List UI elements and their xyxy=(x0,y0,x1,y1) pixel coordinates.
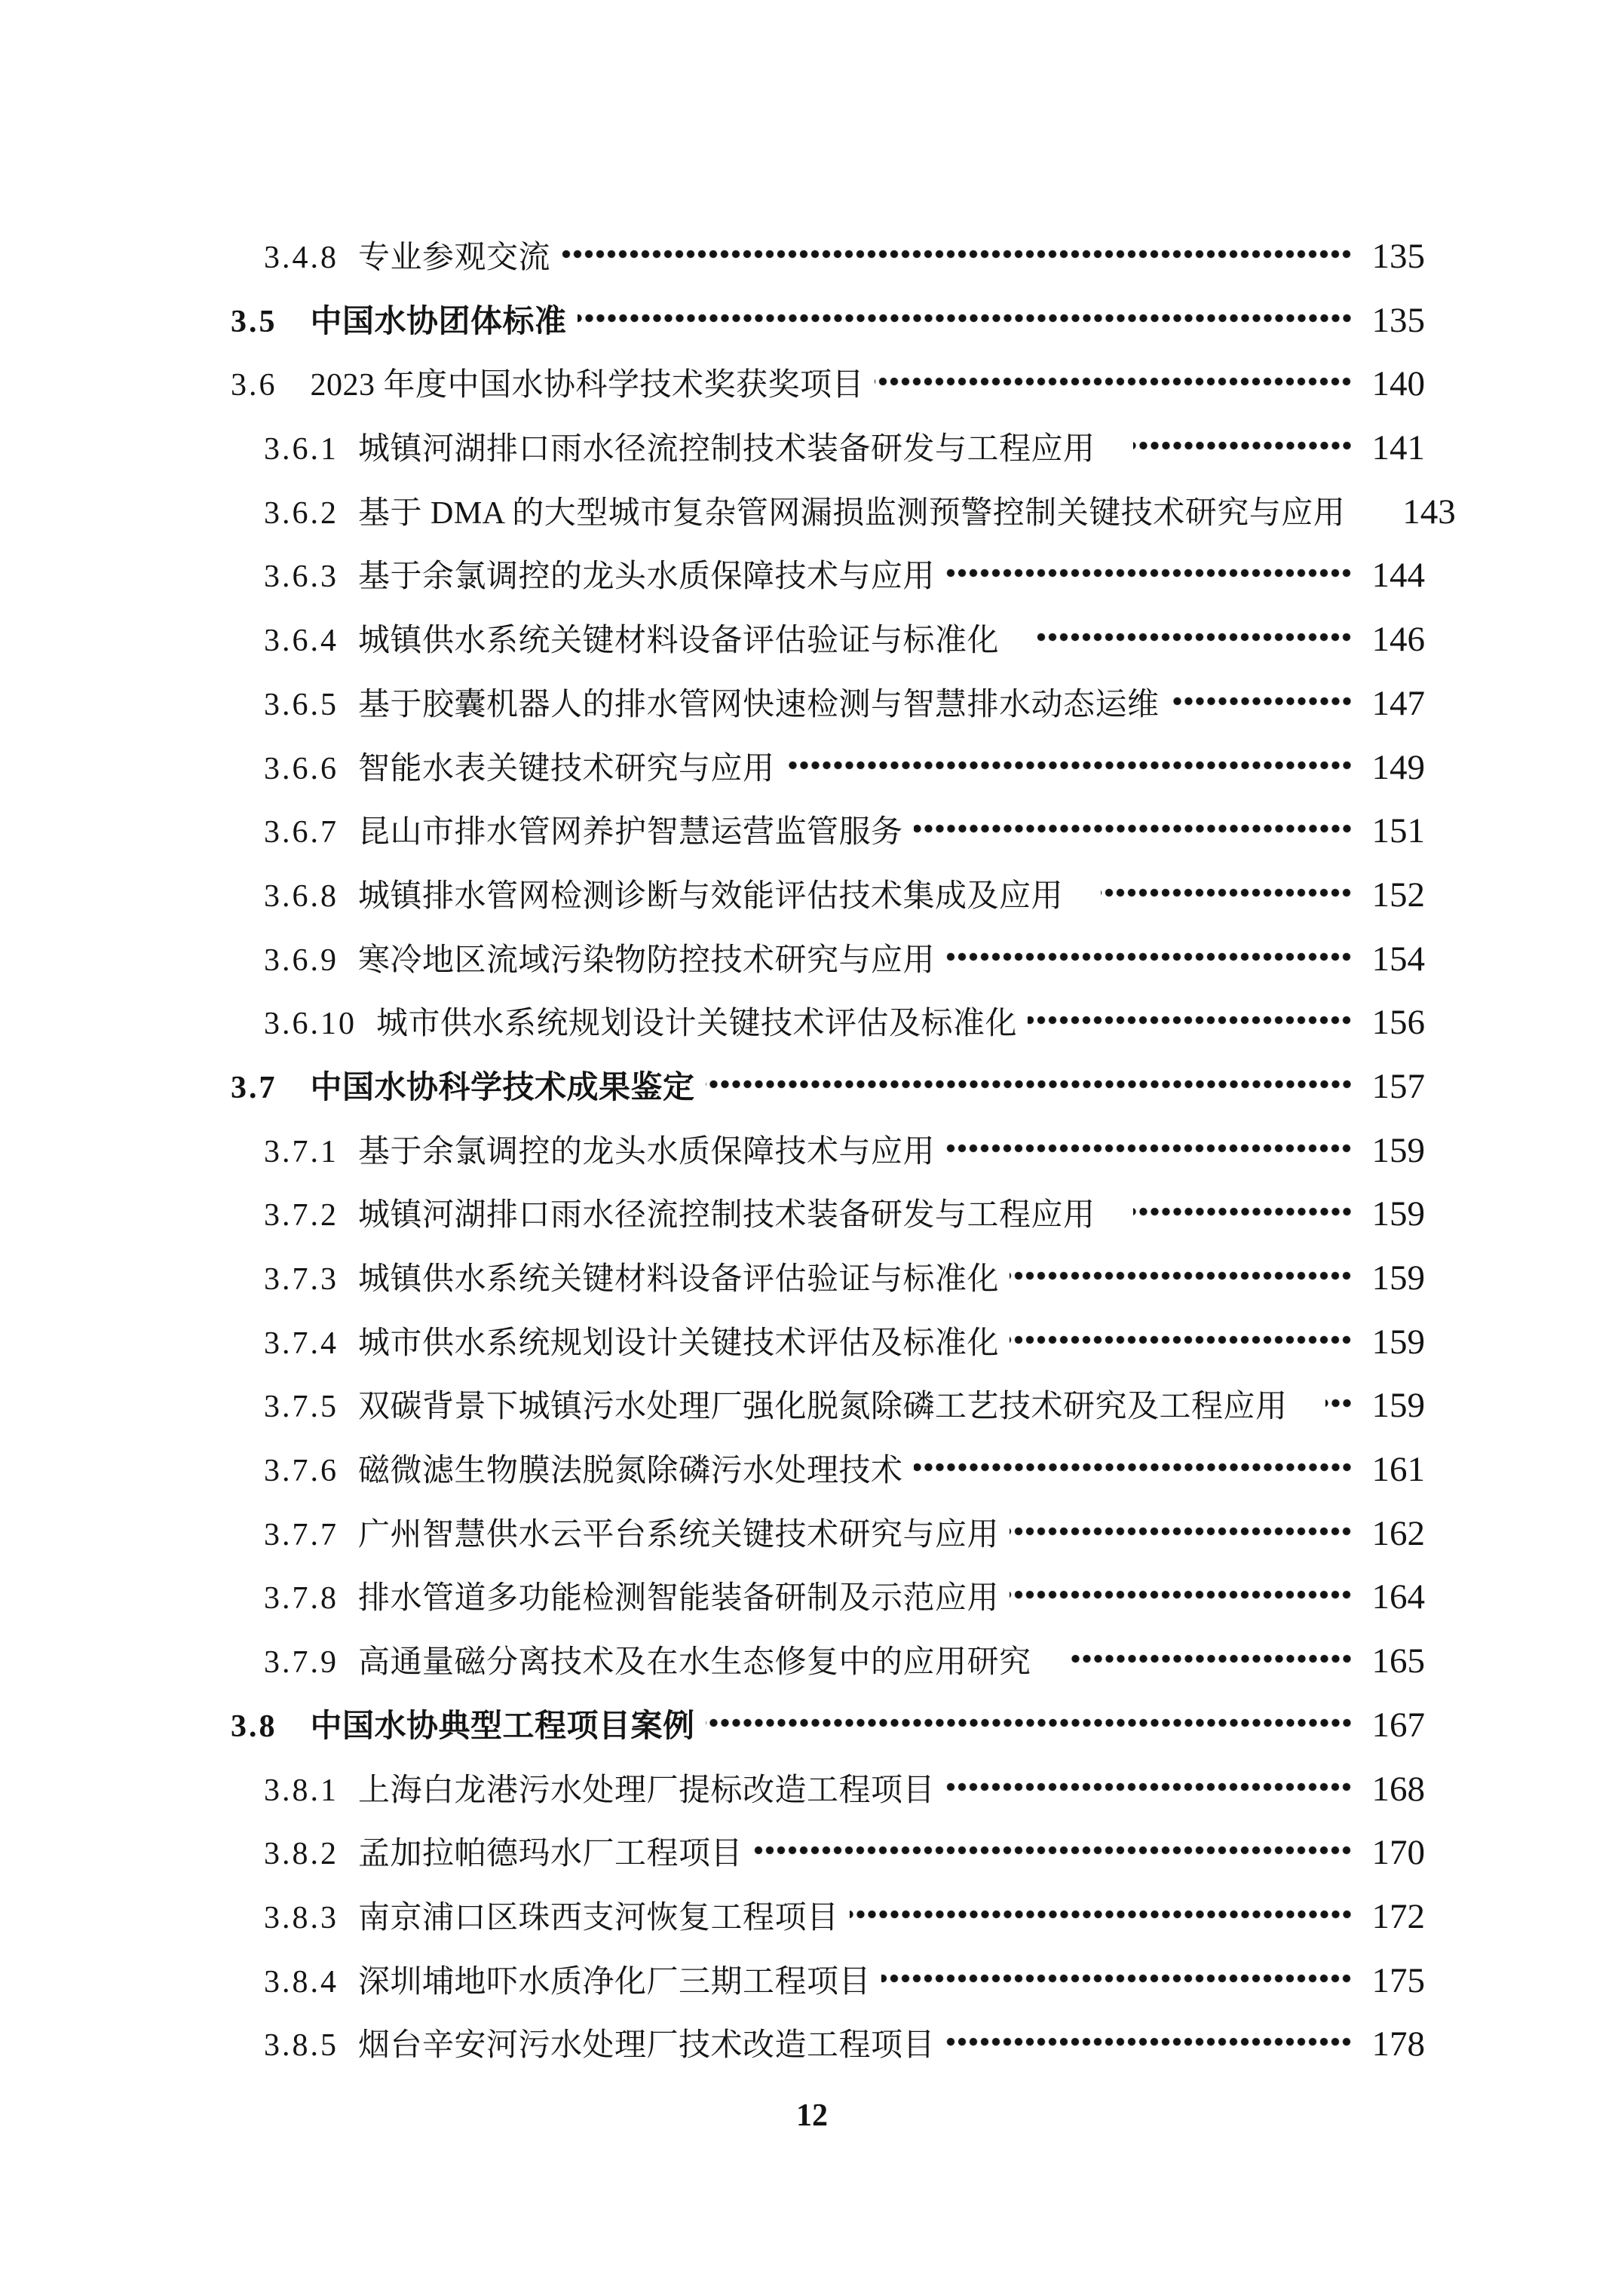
page-footer: 12 xyxy=(0,2100,1624,2131)
dot-leader xyxy=(1010,1581,1352,1608)
toc-entry-number: 3.5 xyxy=(231,304,277,340)
toc-entry-number: 3.6.7 xyxy=(264,814,339,850)
toc-entry-number: 3.7.4 xyxy=(264,1325,339,1362)
toc-entry-number: 3.7.3 xyxy=(264,1261,339,1298)
toc-entry-title: 双碳背景下城镇污水处理厂强化脱氮除磷工艺技术研究及工程应用 xyxy=(358,1381,1288,1427)
toc-entry-title: 高通量磁分离技术及在水生态修复中的应用研究 xyxy=(358,1637,1031,1682)
toc-entry: 3.7.4 城市供水系统规划设计关键技术评估及标准化 159 xyxy=(0,1318,1624,1382)
dot-leader xyxy=(706,1071,1353,1098)
toc-entry-title: 中国水协典型工程项目案例 xyxy=(311,1701,695,1746)
dot-leader xyxy=(753,1837,1352,1864)
toc-entry-page: 161 xyxy=(1372,1449,1426,1490)
dot-leader xyxy=(1010,1326,1352,1353)
toc-entry-page: 135 xyxy=(1372,236,1426,277)
toc-entry: 3.7.8 排水管道多功能检测智能装备研制及示范应用 164 xyxy=(0,1573,1624,1637)
toc-entry: 3.7.2 城镇河湖排口雨水径流控制技术装备研发与工程应用 159 xyxy=(0,1190,1624,1254)
toc-entry-title: 城镇供水系统关键材料设备评估验证与标准化 xyxy=(358,615,999,660)
toc-entry-title: 城市供水系统规划设计关键技术评估及标准化 xyxy=(376,998,1017,1044)
dot-leader xyxy=(786,752,1353,779)
toc-entry-title: 中国水协科学技术成果鉴定 xyxy=(311,1062,695,1108)
toc-entry-page: 159 xyxy=(1372,1385,1426,1426)
toc-entry-title: 烟台辛安河污水处理厂技术改造工程项目 xyxy=(358,2020,935,2065)
toc-entry-page: 144 xyxy=(1372,555,1426,596)
toc-entry-number: 3.7.6 xyxy=(264,1453,339,1489)
dot-leader xyxy=(1170,688,1353,715)
dot-leader xyxy=(1010,1518,1352,1545)
toc-entry: 3.5 中国水协团体标准 135 xyxy=(0,296,1624,360)
dot-leader xyxy=(914,1454,1353,1481)
toc-entry-number: 3.7.5 xyxy=(264,1389,339,1425)
dot-leader xyxy=(1133,1198,1353,1225)
toc-entry-page: 167 xyxy=(1372,1705,1426,1745)
toc-entry-page: 159 xyxy=(1372,1130,1426,1171)
toc-entry-page: 165 xyxy=(1372,1641,1426,1681)
dot-leader xyxy=(945,2028,1352,2055)
toc-entry: 3.8.1 上海白龙港污水处理厂提标改造工程项目 168 xyxy=(0,1765,1624,1829)
toc-entry: 3.6 2023 年度中国水协科学技术奖获奖项目 140 xyxy=(0,360,1624,424)
toc-entry-page: 147 xyxy=(1372,683,1426,724)
toc-entry: 3.7.1 基于余氯调控的龙头水质保障技术与应用 159 xyxy=(0,1126,1624,1191)
toc-entry-number: 3.7.1 xyxy=(264,1134,339,1170)
dot-leader xyxy=(945,943,1352,970)
toc-entry-number: 3.6.5 xyxy=(264,687,339,723)
toc-entry-page: 143 xyxy=(1402,492,1456,532)
toc-entry-page: 154 xyxy=(1372,939,1426,979)
dot-leader xyxy=(914,815,1353,842)
toc-entry: 3.7.3 城镇供水系统关键材料设备评估验证与标准化 159 xyxy=(0,1254,1624,1318)
toc-entry-title: 城镇河湖排口雨水径流控制技术装备研发与工程应用 xyxy=(358,424,1095,469)
toc-entry-page: 159 xyxy=(1372,1194,1426,1234)
toc-entry-page: 172 xyxy=(1372,1896,1426,1937)
toc-entry-page: 168 xyxy=(1372,1769,1426,1810)
dot-leader xyxy=(945,1135,1352,1162)
toc-entry-number: 3.6.4 xyxy=(264,623,339,659)
footer-page-number: 12 xyxy=(796,2098,828,2133)
toc-entry-page: 159 xyxy=(1372,1322,1426,1362)
toc-list: 3.4.8 专业参观交流 135 3.5 中国水协团体标准 135 3.6 20… xyxy=(0,232,1624,2084)
toc-entry: 3.7.6 磁微滤生物膜法脱氮除磷污水处理技术 161 xyxy=(0,1445,1624,1509)
toc-entry: 3.8.3 南京浦口区珠西支河恢复工程项目 172 xyxy=(0,1892,1624,1957)
toc-entry-page: 152 xyxy=(1372,875,1426,915)
dot-leader xyxy=(1325,1390,1353,1417)
toc-entry-title: 中国水协团体标准 xyxy=(311,296,567,342)
toc-entry: 3.6.8 城镇排水管网检测诊断与效能评估技术集成及应用 152 xyxy=(0,871,1624,935)
dot-leader xyxy=(578,305,1353,332)
toc-entry: 3.6.10 城市供水系统规划设计关键技术评估及标准化 156 xyxy=(0,998,1624,1062)
toc-entry: 3.6.2 基于 DMA 的大型城市复杂管网漏损监测预警控制关键技术研究与应用 … xyxy=(0,488,1624,552)
toc-entry-title: 基于余氯调控的龙头水质保障技术与应用 xyxy=(358,1126,935,1172)
document-page: 3.4.8 专业参观交流 135 3.5 中国水协团体标准 135 3.6 20… xyxy=(0,0,1624,2274)
toc-entry-title: 基于 DMA 的大型城市复杂管网漏损监测预警控制关键技术研究与应用 xyxy=(358,488,1345,533)
toc-entry: 3.6.4 城镇供水系统关键材料设备评估验证与标准化 146 xyxy=(0,615,1624,679)
toc-entry-title: 深圳埔地吓水质净化厂三期工程项目 xyxy=(358,1957,871,2002)
toc-entry-page: 151 xyxy=(1372,811,1426,851)
toc-entry-page: 149 xyxy=(1372,747,1426,788)
toc-entry-number: 3.8.5 xyxy=(264,2027,339,2064)
toc-entry-number: 3.6.3 xyxy=(264,559,339,595)
toc-entry: 3.6.1 城镇河湖排口雨水径流控制技术装备研发与工程应用 141 xyxy=(0,424,1624,488)
dot-leader xyxy=(945,559,1352,587)
toc-entry-title: 2023 年度中国水协科学技术奖获奖项目 xyxy=(311,360,865,405)
toc-entry-title: 磁微滤生物膜法脱氮除磷污水处理技术 xyxy=(358,1445,903,1491)
dot-leader xyxy=(706,1709,1353,1736)
toc-entry-title: 寒冷地区流域污染物防控技术研究与应用 xyxy=(358,935,935,980)
toc-entry-title: 基于胶囊机器人的排水管网快速检测与智慧排水动态运维 xyxy=(358,679,1160,725)
toc-entry-page: 157 xyxy=(1372,1066,1426,1107)
toc-entry-page: 170 xyxy=(1372,1832,1426,1873)
toc-entry: 3.7.7 广州智慧供水云平台系统关键技术研究与应用 162 xyxy=(0,1509,1624,1574)
dot-leader xyxy=(850,1901,1353,1928)
toc-entry-page: 156 xyxy=(1372,1002,1426,1043)
toc-entry-title: 上海白龙港污水处理厂提标改造工程项目 xyxy=(358,1765,935,1810)
toc-entry-number: 3.6.8 xyxy=(264,878,339,915)
toc-entry: 3.8.4 深圳埔地吓水质净化厂三期工程项目 175 xyxy=(0,1957,1624,2021)
toc-entry-title: 南京浦口区珠西支河恢复工程项目 xyxy=(358,1892,839,1938)
toc-entry-title: 智能水表关键技术研究与应用 xyxy=(358,743,775,789)
dot-leader xyxy=(561,241,1352,268)
toc-entry: 3.4.8 专业参观交流 135 xyxy=(0,232,1624,296)
toc-entry-number: 3.6.6 xyxy=(264,751,339,787)
dot-leader xyxy=(1133,432,1353,459)
toc-entry-number: 3.6.1 xyxy=(264,431,339,467)
toc-entry-number: 3.8.3 xyxy=(264,1900,339,1936)
toc-entry-page: 141 xyxy=(1372,428,1426,468)
toc-entry: 3.7 中国水协科学技术成果鉴定 157 xyxy=(0,1062,1624,1126)
toc-entry-number: 3.6.2 xyxy=(264,495,339,532)
toc-entry-page: 159 xyxy=(1372,1258,1426,1298)
toc-entry-page: 135 xyxy=(1372,300,1426,341)
toc-entry-number: 3.6.10 xyxy=(264,1006,357,1042)
toc-entry-title: 城镇河湖排口雨水径流控制技术装备研发与工程应用 xyxy=(358,1190,1095,1235)
toc-entry: 3.8.5 烟台辛安河污水处理厂技术改造工程项目 178 xyxy=(0,2020,1624,2084)
toc-entry: 3.6.9 寒冷地区流域污染物防控技术研究与应用 154 xyxy=(0,935,1624,999)
toc-entry-number: 3.7.9 xyxy=(264,1644,339,1681)
toc-entry: 3.6.7 昆山市排水管网养护智慧运营监管服务 151 xyxy=(0,807,1624,871)
toc-entry-number: 3.6 xyxy=(231,367,277,403)
toc-entry-title: 城市供水系统规划设计关键技术评估及标准化 xyxy=(358,1318,999,1363)
toc-entry-title: 排水管道多功能检测智能装备研制及示范应用 xyxy=(358,1573,999,1618)
toc-entry-number: 3.8.4 xyxy=(264,1964,339,2000)
toc-entry: 3.6.6 智能水表关键技术研究与应用 149 xyxy=(0,743,1624,808)
toc-entry-title: 昆山市排水管网养护智慧运营监管服务 xyxy=(358,807,903,852)
toc-entry-number: 3.8 xyxy=(231,1709,277,1745)
toc-entry: 3.6.5 基于胶囊机器人的排水管网快速检测与智慧排水动态运维 147 xyxy=(0,679,1624,743)
toc-entry-number: 3.7.8 xyxy=(264,1580,339,1617)
toc-entry-title: 孟加拉帕德玛水厂工程项目 xyxy=(358,1828,743,1874)
dot-leader xyxy=(1010,1262,1352,1289)
dot-leader xyxy=(1028,1007,1352,1034)
toc-entry-number: 3.8.1 xyxy=(264,1773,339,1809)
toc-entry-number: 3.7.2 xyxy=(264,1197,339,1234)
toc-entry-number: 3.4.8 xyxy=(264,240,339,276)
toc-entry: 3.7.9 高通量磁分离技术及在水生态修复中的应用研究 165 xyxy=(0,1637,1624,1701)
dot-leader xyxy=(1037,624,1352,651)
toc-entry-page: 175 xyxy=(1372,1960,1426,2001)
toc-entry-number: 3.6.9 xyxy=(264,942,339,979)
toc-entry-title: 城镇排水管网检测诊断与效能评估技术集成及应用 xyxy=(358,871,1063,916)
dot-leader xyxy=(1101,879,1352,906)
toc-entry-title: 城镇供水系统关键材料设备评估验证与标准化 xyxy=(358,1254,999,1299)
toc-entry: 3.7.5 双碳背景下城镇污水处理厂强化脱氮除磷工艺技术研究及工程应用 159 xyxy=(0,1381,1624,1445)
toc-entry-page: 164 xyxy=(1372,1577,1426,1617)
dot-leader xyxy=(881,1965,1352,1992)
toc-entry-number: 3.7 xyxy=(231,1070,277,1106)
toc-entry-page: 162 xyxy=(1372,1513,1426,1554)
toc-entry: 3.8.2 孟加拉帕德玛水厂工程项目 170 xyxy=(0,1828,1624,1892)
dot-leader xyxy=(875,368,1352,395)
toc-entry-title: 专业参观交流 xyxy=(358,232,550,277)
dot-leader xyxy=(1069,1645,1353,1672)
toc-entry-title: 广州智慧供水云平台系统关键技术研究与应用 xyxy=(358,1509,999,1555)
toc-entry-title: 基于余氯调控的龙头水质保障技术与应用 xyxy=(358,551,935,596)
toc-entry: 3.6.3 基于余氯调控的龙头水质保障技术与应用 144 xyxy=(0,551,1624,615)
dot-leader xyxy=(945,1773,1352,1801)
toc-entry-number: 3.8.2 xyxy=(264,1836,339,1872)
toc-entry-number: 3.7.7 xyxy=(264,1517,339,1553)
toc-entry: 3.8 中国水协典型工程项目案例 167 xyxy=(0,1701,1624,1765)
toc-entry-page: 146 xyxy=(1372,619,1426,660)
toc-entry-page: 178 xyxy=(1372,2024,1426,2064)
toc-entry-page: 140 xyxy=(1372,363,1426,404)
